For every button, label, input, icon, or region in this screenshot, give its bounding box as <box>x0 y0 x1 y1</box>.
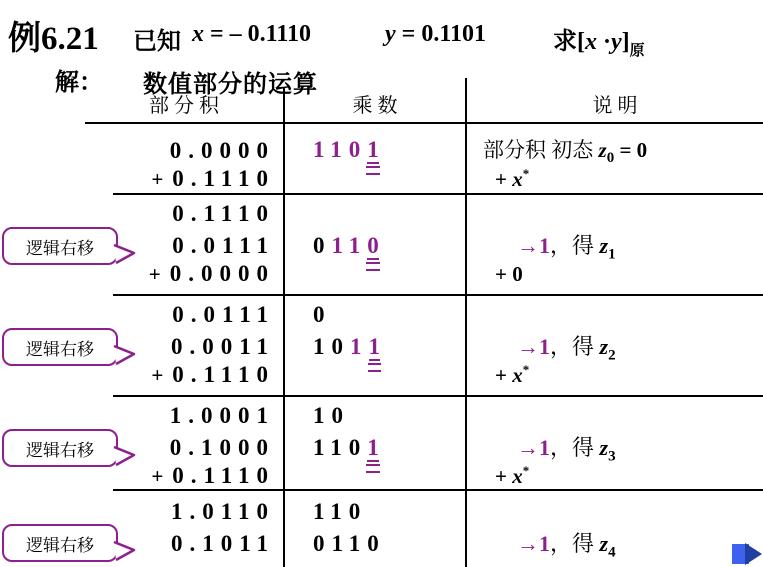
multiplier-cell: 110 <box>283 499 467 525</box>
callout-tail-icon <box>113 244 139 268</box>
slide: 例6.21 已知 x = – 0.1110 y = 0.1101 求[x ·y]… <box>0 0 763 567</box>
note-plus: + 0 <box>495 262 523 286</box>
note-text: ，得 <box>550 435 600 460</box>
note-text: ，得 <box>550 233 600 258</box>
multiplier-cell: 0 <box>283 302 467 328</box>
partial-product-cell: +0.1110 <box>0 166 283 192</box>
seek-y: y <box>611 29 622 55</box>
partial-product-value: 0.1011 <box>171 531 275 557</box>
sum-line-2 <box>113 294 763 296</box>
partial-product-cell: 1.0001 <box>0 403 283 429</box>
x-variable: x <box>512 464 523 488</box>
title-known-label: 已知 <box>133 21 181 56</box>
multiplier-highlight-digits: 110 <box>313 137 367 162</box>
x-value: = – 0.1110 <box>204 21 311 47</box>
callout-label: 逻辑右移 <box>26 234 94 259</box>
partial-product-value: 1.0110 <box>171 499 275 525</box>
seek-close: ] <box>622 29 630 55</box>
partial-product-value: 0.1000 <box>170 435 275 461</box>
note-plus: + <box>495 167 512 191</box>
shift-arrow: →1 <box>517 233 550 258</box>
callout-label: 逻辑右移 <box>26 335 94 360</box>
partial-product-cell: 0.1110 <box>0 201 283 227</box>
sum-line-3 <box>113 395 763 397</box>
plus-sign: + <box>151 167 163 192</box>
callout-logical-right-shift: 逻辑右移 <box>2 429 118 467</box>
note-plus: + <box>495 464 512 488</box>
explanation-cell: + x* <box>467 166 763 192</box>
multiplier-digits: 0110 <box>313 531 386 556</box>
header-partial-product: 部 分 积 <box>85 92 283 120</box>
header-explanation: 说 明 <box>467 92 763 120</box>
multiplier-cell: 0110 <box>283 233 467 260</box>
multiplier-digits: 110 <box>313 499 367 524</box>
table-row: 0.1110 <box>0 199 763 229</box>
title-y-equation: y = 0.1101 <box>385 21 486 48</box>
partial-product-value: 0.0000 <box>170 138 275 164</box>
partial-product-value: 0.1110 <box>172 166 275 192</box>
z-subscript: 2 <box>608 347 616 363</box>
multiplier-judged-digit: 1 <box>367 436 379 462</box>
callout-label: 逻辑右移 <box>26 436 94 461</box>
multiplier-cell: 1011 <box>283 334 467 361</box>
next-slide-button[interactable] <box>732 542 762 566</box>
table-row: 1.0110 110 <box>0 497 763 527</box>
seek-x: x <box>585 29 597 55</box>
partial-product-value: 0.1110 <box>172 362 275 388</box>
next-arrow-icon <box>732 542 762 566</box>
y-value: = 0.1101 <box>396 21 486 47</box>
partial-product-value: 0.1110 <box>172 201 275 227</box>
explanation-cell: 部分积 初态 z0 = 0 <box>467 134 763 167</box>
partial-product-cell: 1.0110 <box>0 499 283 525</box>
shift-arrow: →1 <box>517 334 550 359</box>
z-subscript: 4 <box>608 544 616 560</box>
multiplier-judged-digit: 1 <box>367 138 379 164</box>
x-variable: x <box>512 363 523 387</box>
table-row: 0.0000 1101 部分积 初态 z0 = 0 <box>0 134 763 164</box>
shift-arrow: →1 <box>517 531 550 556</box>
multiplier-judged-digit: 1 <box>369 335 381 361</box>
explanation-cell: →1，得 z4 <box>467 527 763 561</box>
z-subscript: 1 <box>608 246 616 262</box>
explanation-cell: + 0 <box>467 262 763 287</box>
seek-dot: · <box>597 29 611 55</box>
header-multiplier: 乘 数 <box>283 92 467 120</box>
x-variable: x <box>512 167 523 191</box>
multiplier-digits: 10 <box>313 403 350 428</box>
partial-product-value: 0.0000 <box>170 261 275 287</box>
multiplier-highlight-digits: 11 <box>332 233 368 258</box>
z-variable: z <box>600 233 609 258</box>
multiplier-cell: 10 <box>283 403 467 429</box>
partial-product-value: 0.0111 <box>172 302 275 328</box>
multiplier-digits: 0 <box>313 302 332 327</box>
example-number: 例6.21 <box>8 12 99 59</box>
table-row: +0.1110 + x* <box>0 164 763 194</box>
header-underline <box>85 122 763 124</box>
note-tail: = 0 <box>614 138 647 162</box>
partial-product-value: 0.0111 <box>172 233 275 259</box>
plus-sign: + <box>149 262 161 287</box>
star-superscript: * <box>523 362 530 377</box>
partial-product-value: 1.0001 <box>170 403 275 429</box>
multiplier-digits: 10 <box>313 334 350 359</box>
y-variable: y <box>385 21 396 47</box>
table-row: 0.0111 0 <box>0 300 763 330</box>
partial-product-cell: 0.0111 <box>0 302 283 328</box>
explanation-cell: →1，得 z1 <box>467 229 763 263</box>
z-subscript: 3 <box>608 448 616 464</box>
note-text: ，得 <box>550 334 600 359</box>
star-superscript: * <box>523 463 530 478</box>
explanation-cell: + x* <box>467 362 763 388</box>
note-text: ，得 <box>550 531 600 556</box>
explanation-cell: →1，得 z3 <box>467 431 763 465</box>
multiplier-highlight-digits: 1 <box>350 334 369 359</box>
x-variable: x <box>192 21 204 47</box>
z-variable: z <box>600 435 609 460</box>
shift-arrow: →1 <box>517 435 550 460</box>
multiplier-digits: 110 <box>313 435 367 460</box>
multiplier-cell: 1101 <box>283 137 467 164</box>
star-superscript: * <box>523 166 530 181</box>
seek-open: 求[ <box>553 29 585 55</box>
multiplier-digits: 0 <box>313 233 332 258</box>
callout-tail-icon <box>113 446 139 470</box>
callout-logical-right-shift: 逻辑右移 <box>2 524 118 562</box>
partial-product-value: 0.0011 <box>171 334 275 360</box>
z-variable: z <box>599 138 607 162</box>
plus-sign: + <box>151 363 163 388</box>
callout-label: 逻辑右移 <box>26 531 94 556</box>
z-variable: z <box>600 531 609 556</box>
table-row: 1.0001 10 <box>0 401 763 431</box>
explanation-cell: + x* <box>467 463 763 489</box>
multiplier-cell: 0110 <box>283 531 467 557</box>
partial-product-value: 0.1110 <box>172 463 275 489</box>
title-seek-expression: 求[x ·y]原 <box>553 21 645 60</box>
note-text: 部分积 初态 <box>483 138 599 162</box>
seek-subscript: 原 <box>630 43 645 59</box>
multiplier-cell: 1101 <box>283 435 467 462</box>
explanation-cell: →1，得 z2 <box>467 330 763 364</box>
callout-logical-right-shift: 逻辑右移 <box>2 227 118 265</box>
callout-tail-icon <box>113 345 139 369</box>
z-variable: z <box>600 334 609 359</box>
callout-tail-icon <box>113 541 139 565</box>
partial-product-cell: 0.0000 <box>0 138 283 164</box>
note-plus: + <box>495 363 512 387</box>
step-block-0: 0.0000 1101 部分积 初态 z0 = 0 +0.1110 + x* <box>0 134 763 194</box>
callout-logical-right-shift: 逻辑右移 <box>2 328 118 366</box>
title-x-equation: x = – 0.1110 <box>192 21 311 48</box>
multiplier-judged-digit: 0 <box>367 234 379 260</box>
plus-sign: + <box>151 464 163 489</box>
